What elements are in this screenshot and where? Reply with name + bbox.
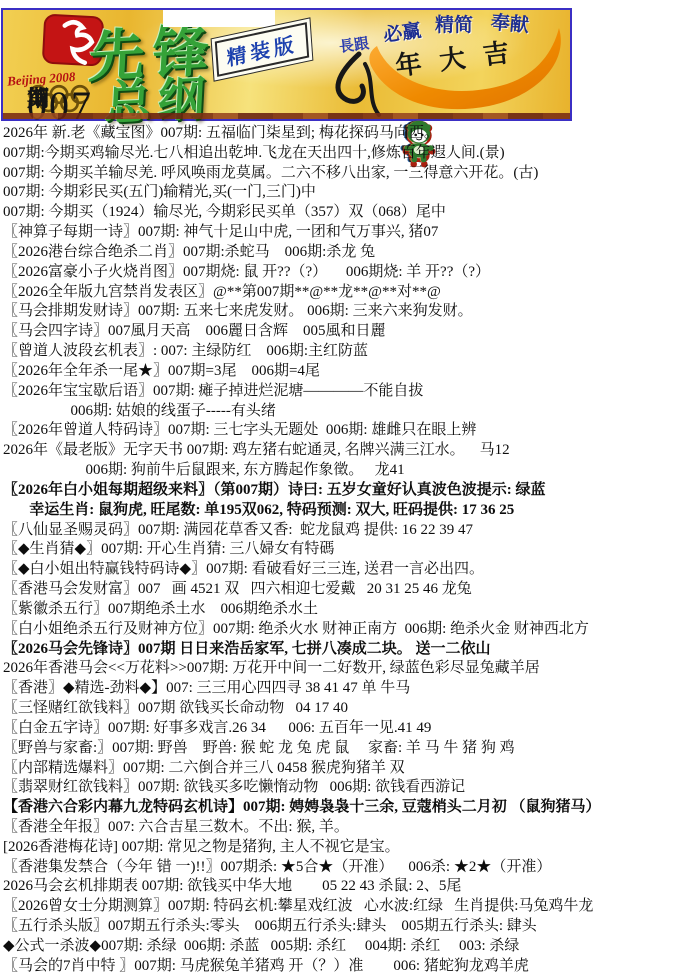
content-line: 〖曾道人波段玄机表〗: 007: 主绿防红 006期:主红防蓝 [3, 342, 691, 362]
content-line: 2026年香港马会<<万花料>>007期: 万花开中间一二好数开, 绿蓝色彩尽显… [3, 659, 691, 679]
mascots-row [399, 72, 569, 119]
content-line: 〖◆生肖猜◆〗007期: 开心生肖猜: 三八婦女有特碼 [3, 540, 691, 560]
content-line: 〖马会排期发财诗〗007期: 五来七来虎发财。 006期: 三来六来狗发财。 [3, 302, 691, 322]
page: Beijing 2008 第007期 先锋 总纲 精装版 年 [0, 0, 691, 975]
content-line: 2026年《最老版》无字天书 007期: 鸡左猪右蛇通灵, 名牌兴满三江水。 马… [3, 441, 691, 461]
content-line: 007期:今期买鸡输尽光.七八相追出乾坤.飞龙在天出四十,修炼百年遐人间.(景) [3, 144, 691, 164]
white-patch [163, 10, 275, 27]
content-line: 〖内部精选爆料〗007期: 二六倒合并三八 0458 猴虎狗猪羊 双 [3, 759, 691, 779]
content-line: 〖白小姐绝杀五行及财神方位〗007期: 绝杀火水 财神正南方 006期: 绝杀火… [3, 620, 691, 640]
content-line: 〖神算子每期一诗〗007期: 神气十足山中虎, 一团和气万事兴, 猪07 [3, 223, 691, 243]
content-line: 007期: 今期买羊输尽羌. 呼风唤雨龙莫属。二六不移八出家, 一三得意六开花。… [3, 164, 691, 184]
content-line: 〖2026港台综合绝杀二肖〗007期:杀蛇马 006期:杀龙 兔 [3, 243, 691, 263]
content-line: 【香港六合彩内幕九龙特码玄机诗】007期: 娉娉袅袅十三余, 豆蔻梢头二月初 （… [3, 798, 691, 818]
masthead-banner: Beijing 2008 第007期 先锋 总纲 精装版 年 [1, 8, 572, 121]
content-lines: 2026年 新.老《藏宝图》007期: 五福临门柒星到; 梅花探码马向西。007… [3, 124, 691, 975]
content-line: 〖香港集发禁合（今年 错 一)!!〗007期杀: ★5合★（开准） 006杀: … [3, 858, 691, 878]
content-line: ◆公式一杀波◆007期: 杀绿 006期: 杀蓝 005期: 杀红 004期: … [3, 937, 691, 957]
content-line: 〖五行杀头版〗007期五行杀头:零头 006期五行杀头:肆头 005期五行杀头:… [3, 917, 691, 937]
content-line: 〖白金五字诗〗007期: 好事多戏言.26 34 006: 五百年一见.41 4… [3, 719, 691, 739]
content-line: 〖◆白小姐出特赢钱特码诗◆〗007期: 看破看好三三连, 送君一言必出四。 [3, 560, 691, 580]
content-line: 〖翡翠财红欲钱料〗007期: 欲钱买多吃懒惰动物 006期: 欲钱看西游记 [3, 778, 691, 798]
content-line: 007期: 今期买（1924）输尽光, 今期彩民买单（357）双（068）尾中 [3, 203, 691, 223]
content-line: 〖八仙显圣赐灵码〗007期: 满园花草香又香: 蛇龙鼠鸡 提供: 16 22 3… [3, 521, 691, 541]
content-line: 〖野兽与家畜:〗007期: 野兽 野兽: 猴 蛇 龙 兔 虎 鼠 家畜: 羊 马… [3, 739, 691, 759]
slogan-fengxian: 奉献 [490, 7, 530, 37]
masthead-title-zonggang: 总纲 [103, 61, 212, 134]
content-line: 〖马会四字诗〗007風月天高 006麗日含辉 005風和日麗 [3, 322, 691, 342]
content-line: 〖香港〗◆精选-劲料◆】007: 三三用心四四寻 38 41 47 单 牛马 [3, 679, 691, 699]
issue-suffix: 期 [27, 82, 49, 113]
content-line: 〖2026全年版九宫禁肖发表区〗@**第007期**@**龙**@**对**@ [3, 283, 691, 303]
content-line: 006期: 姑娘的线蛋子-----有头绪 [3, 402, 691, 422]
brush-flourish-stroke [338, 54, 363, 101]
content-line: 〖香港马会发财富〗007 画 4521 双 四六相迎七爱戴 20 31 25 4… [3, 580, 691, 600]
content-line: 〖2026年白小姐每期超级来料〗（第007期）诗曰: 五岁女童好认真波色波提示:… [3, 481, 691, 501]
content-line: 〖香港全年报〗007: 六合吉星三数木。不出: 猴, 羊。 [3, 818, 691, 838]
content-line: 〖2026年曾道人特码诗〗007期: 三七字头无题处 006期: 雄雌只在眼上辨 [3, 421, 691, 441]
content-line: 〖2026曾女士分期测算〗007期: 特码玄机:攀星戏红波 心水波:红绿 生肖提… [3, 897, 691, 917]
slogan-biying: 必赢 [381, 15, 422, 47]
content-line: [2026香港梅花诗] 007期: 常见之物是猪狗, 主人不视它是宝。 [3, 838, 691, 858]
content-line: 〖三怪赌红欲钱料〗007期 欲钱买长命动物 04 17 40 [3, 699, 691, 719]
content-line: 2026年 新.老《藏宝图》007期: 五福临门柒星到; 梅花探码马向西。 [3, 124, 691, 144]
content-line: 〖马会的7肖中特 〗007期: 马虎猴兔羊猪鸡 开（？）准 006: 猪蛇狗龙鸡… [3, 957, 691, 975]
content-line: 〖2026年全年杀一尾★〗007期=3尾 006期=4尾 [3, 362, 691, 382]
content-line: 006期: 狗前牛后鼠跟来, 东方腾起作象徵。 龙41 [3, 461, 691, 481]
content-line: 〖2026年宝宝歇后语〗007期: 瘫子掉进烂泥塘————不能自拔 [3, 382, 691, 402]
content-line: 〖紫徽杀五行〗007期绝杀土水 006期绝杀水土 [3, 600, 691, 620]
content-line: 〖2026富豪小子火烧肖图〗007期烧: 鼠 开??（?） 006期烧: 羊 开… [3, 263, 691, 283]
content-line: 2026马会玄机排期表 007期: 欲钱买中华大地 05 22 43 杀鼠: 2… [3, 877, 691, 897]
content-line: 幸运生肖: 鼠狗虎, 旺尾数: 单195双062, 特码预测: 双大, 旺码提供… [3, 501, 691, 521]
content-line: 〖2026马会先锋诗〗007期 日日来浩岳家军, 七拼八凑成二块。 送一二依山 [3, 640, 691, 660]
content-line: 007期: 今期彩民买(五门)输精光,买(一门,三门)中 [3, 183, 691, 203]
slogan-jingjian: 精简 [435, 10, 473, 37]
follow-label: 長跟 [338, 32, 371, 57]
